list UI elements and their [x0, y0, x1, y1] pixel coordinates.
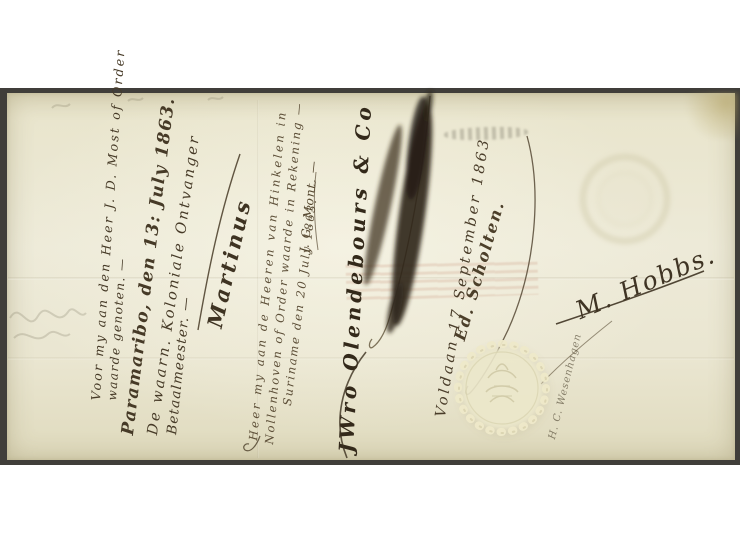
corner-stain: [682, 93, 738, 139]
red-ink-offset-mark: [345, 257, 538, 302]
